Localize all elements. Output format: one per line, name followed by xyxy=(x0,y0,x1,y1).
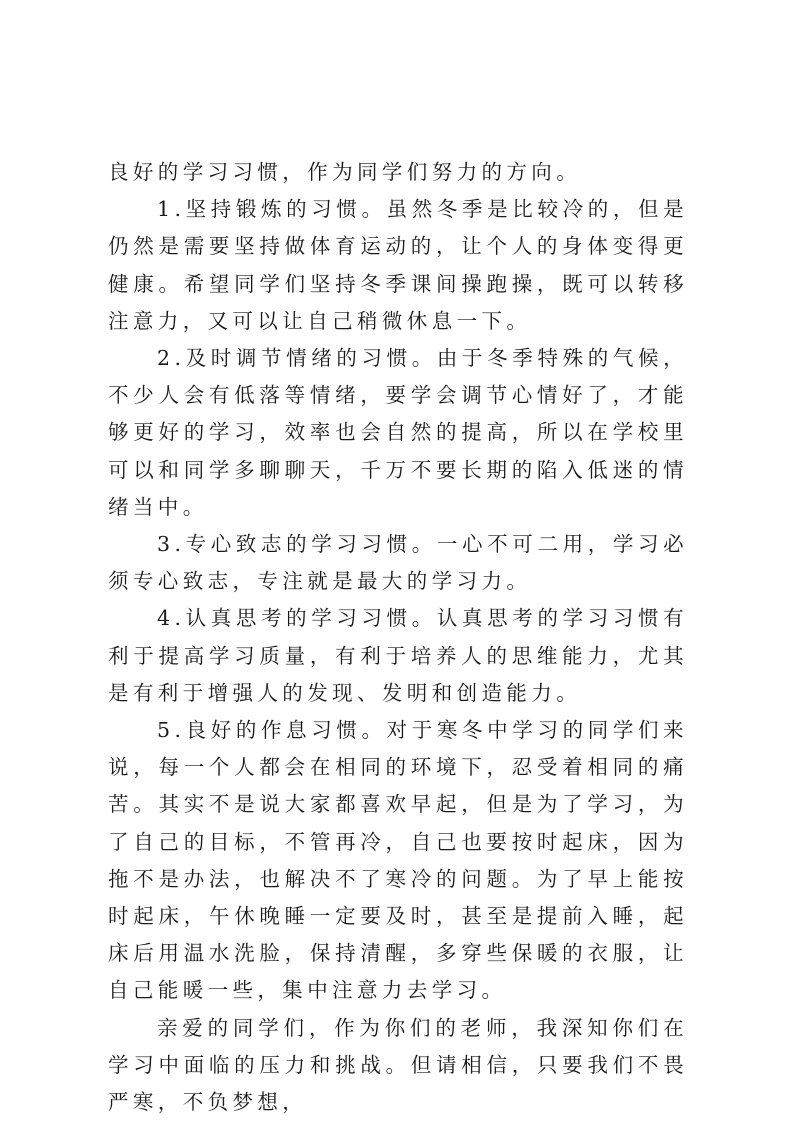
paragraph-habit-exercise: 1.坚持锻炼的习惯。虽然冬季是比较冷的，但是仍然是需要坚持做体育运动的，让个人的… xyxy=(108,191,688,340)
paragraph-habit-thinking: 4.认真思考的学习习惯。认真思考的学习习惯有利于提高学习质量，有利于培养人的思维… xyxy=(108,600,688,712)
paragraph-habit-focus: 3.专心致志的学习习惯。一心不可二用，学习必须专心致志，专注就是最大的学习力。 xyxy=(108,526,688,600)
paragraph-habit-emotion: 2.及时调节情绪的习惯。由于冬季特殊的气候，不少人会有低落等情绪，要学会调节心情… xyxy=(108,340,688,526)
document-page: 良好的学习习惯，作为同学们努力的方向。 1.坚持锻炼的习惯。虽然冬季是比较冷的，… xyxy=(108,154,688,1121)
paragraph-habit-routine: 5.良好的作息习惯。对于寒冬中学习的同学们来说，每一个人都会在相同的环境下，忍受… xyxy=(108,712,688,1010)
paragraph-intro-continuation: 良好的学习习惯，作为同学们努力的方向。 xyxy=(108,154,688,191)
paragraph-closing: 亲爱的同学们，作为你们的老师，我深知你们在学习中面临的压力和挑战。但请相信，只要… xyxy=(108,1010,688,1122)
